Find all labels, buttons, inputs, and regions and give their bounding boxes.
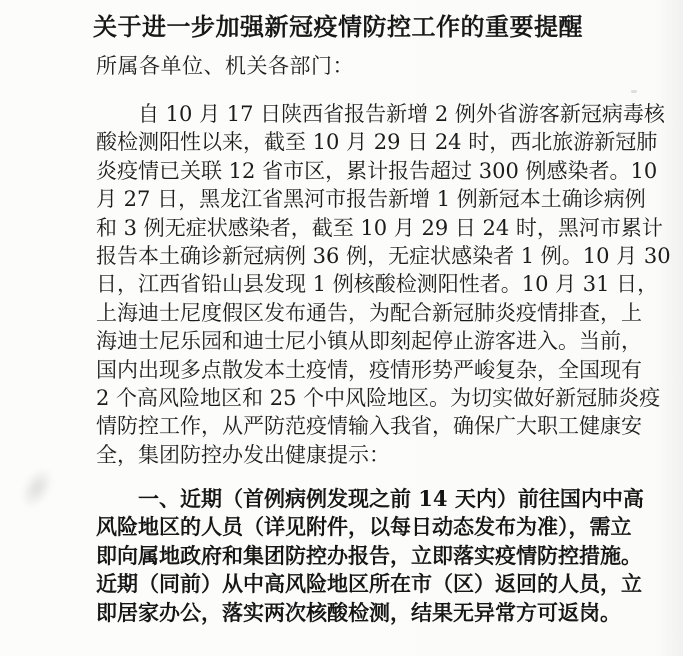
paragraph-health-notice-item-1: 一、近期（首例病例发现之前 14 天内）前往国内中高 风险地区的人员（详见附件，… (96, 485, 599, 627)
document-line: 报告本土确诊新冠病例 36 例，无症状感染者 1 例。10 月 30 (96, 242, 599, 270)
paragraph-situation-summary: 自 10 月 17 日陕西省报告新增 2 例外省游客新冠病毒核 酸检测阳性以来，… (96, 100, 599, 469)
document-line: 即向属地政府和集团防控办报告，立即落实疫情防控措施。 (96, 542, 599, 570)
document-line: 日，江西省铅山县发现 1 例核酸检测阳性者。10 月 31 日， (96, 270, 599, 298)
document-line: 海迪士尼乐园和迪士尼小镇从即刻起停止游客进入。当前， (96, 327, 599, 355)
scan-smudge-artifact (15, 462, 60, 513)
document-line: 炎疫情已关联 12 省市区，累计报告超过 300 例感染者。10 (96, 157, 599, 185)
document-page: 关于进一步加强新冠疫情防控工作的重要提醒 所属各单位、机关各部门： 自 10 月… (0, 0, 683, 656)
document-line: 酸检测阳性以来，截至 10 月 29 日 24 时，西北旅游新冠肺 (96, 128, 599, 156)
document-line: 国内出现多点散发本土疫情，疫情形势严峻复杂，全国现有 (96, 356, 599, 384)
document-title: 关于进一步加强新冠疫情防控工作的重要提醒 (93, 7, 563, 42)
document-line: 即居家办公，落实两次核酸检测，结果无异常方可返岗。 (96, 599, 599, 627)
document-line: 2 个高风险地区和 25 个中风险地区。为切实做好新冠肺炎疫 (96, 384, 599, 412)
document-line: 一、近期（首例病例发现之前 14 天内）前往国内中高 (96, 485, 599, 513)
document-line: 风险地区的人员（详见附件，以每日动态发布为准），需立 (96, 513, 599, 541)
document-line: 近期（同前）从中高风险地区所在市（区）返回的人员，立 (96, 570, 599, 598)
document-line: 情防控工作，从严防范疫情输入我省，确保广大职工健康安 (96, 412, 599, 440)
document-line: 全，集团防控办发出健康提示： (96, 441, 599, 469)
document-line: 自 10 月 17 日陕西省报告新增 2 例外省游客新冠病毒核 (96, 100, 599, 128)
document-line: 月 27 日，黑龙江省黑河市报告新增 1 例新冠本土确诊病例 (96, 185, 599, 213)
salutation-line: 所属各单位、机关各部门： (96, 52, 599, 80)
scan-speck-artifact (631, 90, 637, 93)
document-line: 和 3 例无症状感染者，截至 10 月 29 日 24 时，黑河市累计 (96, 214, 599, 242)
document-line: 上海迪士尼度假区发布通告，为配合新冠肺炎疫情排查，上 (96, 299, 599, 327)
scan-speck-artifact (616, 134, 621, 137)
